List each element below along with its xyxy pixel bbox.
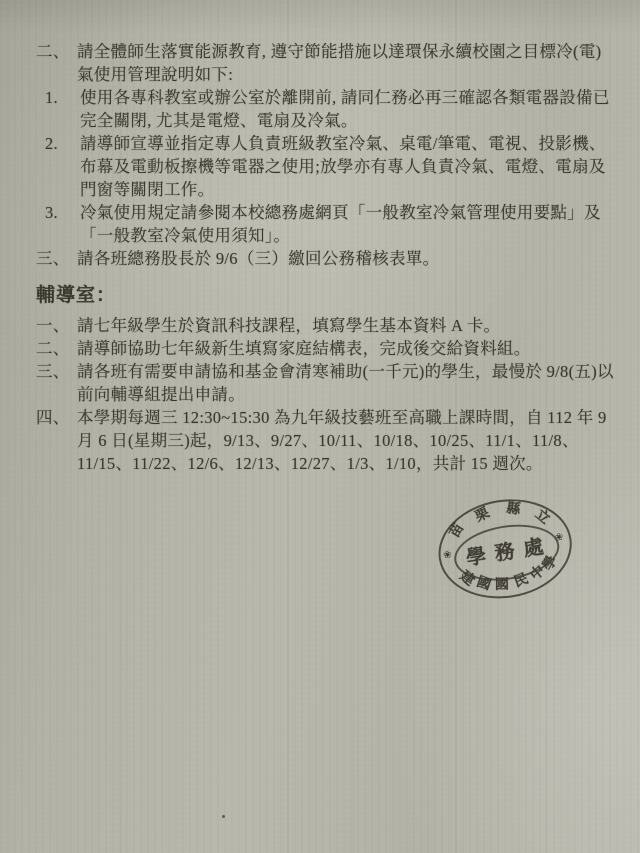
subitem-text: 請導師宣導並指定專人負責班級教室冷氣、桌電/筆電、電視、投影機、布幕及電動板擦機… xyxy=(80,134,606,199)
item-marker: 一、 xyxy=(36,314,77,337)
item-marker: 二、 xyxy=(36,40,77,63)
item-text: 請全體師生落實能源教育, 遵守節能措施以達環保永續校園之目標冷(電)氣使用管理說… xyxy=(77,42,601,84)
sub-item-2: 2.請導師宣導並指定專人負責班級教室冷氣、桌電/筆電、電視、投影機、布幕及電動板… xyxy=(36,132,616,201)
stamp-bottom-char: 國 xyxy=(494,577,510,593)
item-text: 請導師協助七年級新生填寫家庭結構表，完成後交給資料組。 xyxy=(77,339,531,358)
paper-speck xyxy=(222,815,225,818)
item-marker: 四、 xyxy=(36,406,77,429)
list-item-3: 三、請各班總務股長於 9/6（三）繳回公務稽核表單。 xyxy=(36,247,616,270)
subitem-text: 冷氣使用規定請參閱本校總務處網頁「一般教室冷氣管理使用要點」及「一般教室冷氣使用… xyxy=(80,203,601,245)
item-text: 請各班總務股長於 9/6（三）繳回公務稽核表單。 xyxy=(77,249,439,268)
sub-item-3: 3.冷氣使用規定請參閱本校總務處網頁「一般教室冷氣管理使用要點」及「一般教室冷氣… xyxy=(36,201,616,247)
student-affairs-office-stamp: 苗 栗 縣 立 建 國 國 民 中 學 ❀ ❀ 學務處 xyxy=(429,489,579,607)
item-text: 請各班有需要申請協和基金會清寒補助(一千元)的學生，最慢於 9/8(五)以前向輔… xyxy=(77,362,614,404)
list-item-c1: 一、請七年級學生於資訊科技課程，填寫學生基本資料 A 卡。 xyxy=(36,314,616,337)
item-text: 請七年級學生於資訊科技課程，填寫學生基本資料 A 卡。 xyxy=(77,316,500,335)
list-item-2: 二、請全體師生落實能源教育, 遵守節能措施以達環保永續校園之目標冷(電)氣使用管… xyxy=(36,40,616,86)
item-marker: 三、 xyxy=(36,360,77,383)
subitem-marker: 3. xyxy=(45,201,80,224)
stamp-top-char: 縣 xyxy=(505,502,523,520)
item-marker: 三、 xyxy=(36,247,77,270)
notice-body: 二、請全體師生落實能源教育, 遵守節能措施以達環保永續校園之目標冷(電)氣使用管… xyxy=(36,40,616,475)
list-item-c2: 二、請導師協助七年級新生填寫家庭結構表，完成後交給資料組。 xyxy=(36,337,616,360)
list-item-c3: 三、請各班有需要申請協和基金會清寒補助(一千元)的學生，最慢於 9/8(五)以前… xyxy=(36,360,616,406)
office-heading-counseling: 輔導室： xyxy=(36,283,616,309)
subitem-text: 使用各專科教室或辦公室於離開前, 請同仁務必再三確認各類電器設備已完全關閉, 尤… xyxy=(80,88,610,130)
sub-item-1: 1.使用各專科教室或辦公室於離開前, 請同仁務必再三確認各類電器設備已完全關閉,… xyxy=(36,86,616,132)
subitem-marker: 2. xyxy=(45,132,80,155)
subitem-marker: 1. xyxy=(45,86,80,109)
list-item-c4: 四、本學期每週三 12:30~15:30 為九年級技藝班至高職上課時間，自 11… xyxy=(36,406,616,475)
item-marker: 二、 xyxy=(36,337,77,360)
item-text: 本學期每週三 12:30~15:30 為九年級技藝班至高職上課時間，自 112 … xyxy=(77,408,607,473)
